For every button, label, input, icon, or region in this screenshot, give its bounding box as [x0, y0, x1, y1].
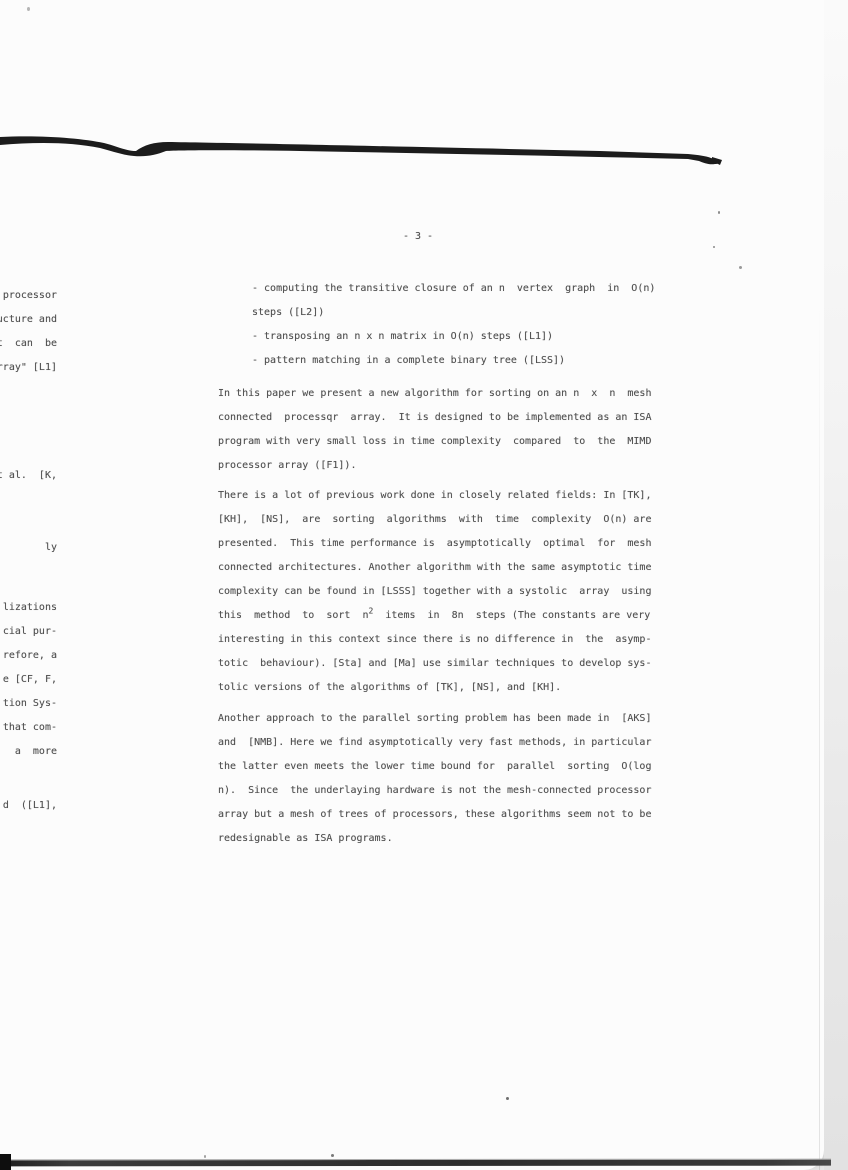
body-line: presented. This time performance is asym…: [218, 532, 651, 556]
body-line: connected architectures. Another algorit…: [218, 556, 651, 580]
body-line: program with very small loss in time com…: [218, 430, 651, 454]
page-number: - 3 -: [218, 229, 618, 245]
margin-fragment: rray" [L1]: [0, 360, 57, 376]
margin-fragment: lizations: [3, 600, 57, 616]
margin-fragment: e [CF, F,: [3, 672, 57, 688]
body-line: and [NMB]. Here we find asymptotically v…: [218, 731, 651, 755]
margin-fragment: t can be: [0, 336, 57, 352]
scanned-paper-page: - 3 - processor ucture and t can be rray…: [0, 0, 848, 1170]
body-line: [KH], [NS], are sorting algorithms with …: [218, 508, 651, 532]
body-line: complexity can be found in [LSSS] togeth…: [218, 580, 651, 604]
paragraph-3: Another approach to the parallel sorting…: [218, 707, 651, 851]
body-line: interesting in this context since there …: [218, 628, 651, 652]
sup-line-pre: this method to sort n: [218, 610, 369, 621]
margin-fragment: t al. [K,: [0, 468, 57, 484]
page-right-edge-shadow: [824, 0, 848, 1170]
scan-speck: [739, 266, 742, 269]
scan-speck: [331, 1154, 334, 1157]
body-line: array but a mesh of trees of processors,…: [218, 803, 651, 827]
body-line-superscript: this method to sort n2 items in 8n steps…: [218, 604, 651, 628]
ink-smear-artifact: [0, 130, 730, 174]
body-line: Another approach to the parallel sorting…: [218, 707, 651, 731]
margin-fragment: ucture and: [0, 312, 57, 328]
scan-speck: [204, 1155, 206, 1158]
scan-speck: [506, 1097, 509, 1100]
scanner-edge-bar: [3, 1159, 831, 1167]
margin-fragment: processor: [3, 288, 57, 304]
scan-speck: [713, 246, 715, 248]
body-line: steps ([L2]): [252, 301, 655, 325]
margin-fragment: tion Sys-: [3, 696, 57, 712]
sup-line-post: items in 8n steps (The constants are ver…: [373, 610, 650, 621]
body-line: redesignable as ISA programs.: [218, 827, 651, 851]
body-line: totic behaviour). [Sta] and [Ma] use sim…: [218, 652, 651, 676]
margin-fragment: d ([L1],: [3, 798, 57, 814]
list-block: - computing the transitive closure of an…: [252, 277, 655, 373]
margin-fragment: a more: [15, 744, 57, 760]
margin-fragment: refore, a: [3, 648, 57, 664]
page-right-edge-line: [819, 300, 820, 1170]
body-line: n). Since the underlaying hardware is no…: [218, 779, 651, 803]
body-line: - transposing an n x n matrix in O(n) st…: [252, 325, 655, 349]
body-line: - computing the transitive closure of an…: [252, 277, 655, 301]
body-line: There is a lot of previous work done in …: [218, 484, 651, 508]
paragraph-1: In this paper we present a new algorithm…: [218, 382, 651, 478]
scan-speck: [718, 211, 720, 214]
body-line: - pattern matching in a complete binary …: [252, 349, 655, 373]
margin-fragment: that com-: [3, 720, 57, 736]
body-line: In this paper we present a new algorithm…: [218, 382, 651, 406]
paragraph-2: There is a lot of previous work done in …: [218, 484, 651, 700]
body-line: tolic versions of the algorithms of [TK]…: [218, 676, 651, 700]
body-line: processor array ([F1]).: [218, 454, 651, 478]
margin-fragment: cial pur-: [3, 624, 57, 640]
body-line: the latter even meets the lower time bou…: [218, 755, 651, 779]
body-line: connected processqr array. It is designe…: [218, 406, 651, 430]
scan-speck: [27, 7, 30, 11]
margin-fragment: ly: [45, 540, 57, 556]
scanner-edge-corner-block: [0, 1154, 11, 1170]
